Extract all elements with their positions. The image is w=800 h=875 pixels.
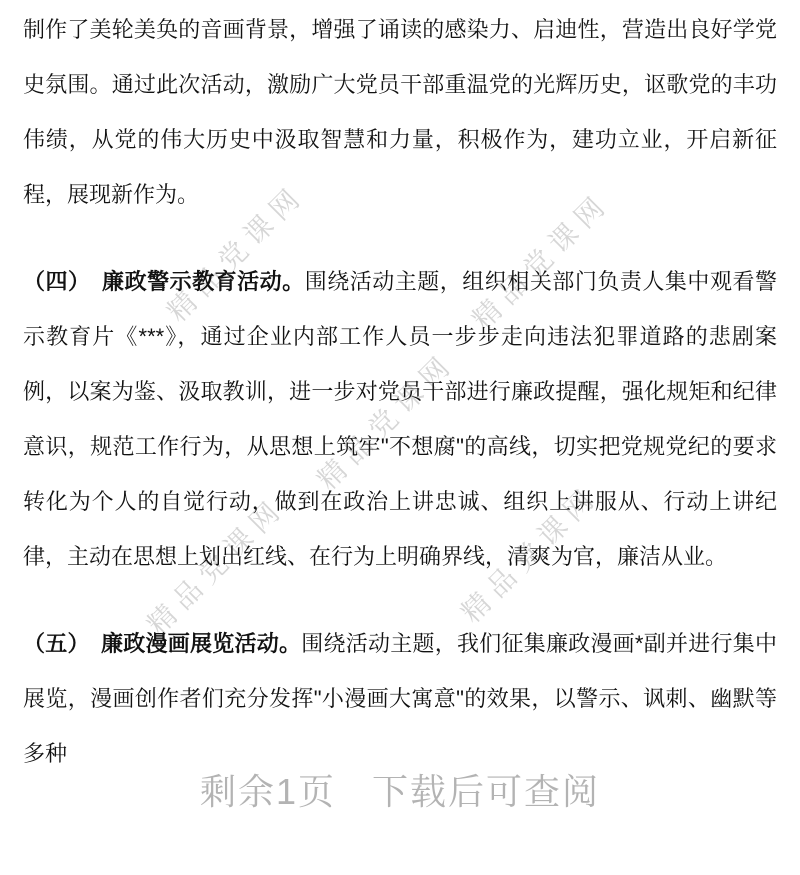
- paragraph: 制作了美轮美奂的音画背景，增强了诵读的感染力、启迪性，营造出良好学党史氛围。通过…: [23, 2, 777, 222]
- document-body: 制作了美轮美奂的音画背景，增强了诵读的感染力、启迪性，营造出良好学党史氛围。通过…: [23, 2, 777, 813]
- download-notice-label: 下载后可查阅: [372, 771, 600, 813]
- remaining-pages-label: 剩余1页: [200, 771, 336, 813]
- paragraph-heading: （五） 廉政漫画展览活动。: [23, 631, 301, 656]
- page-footer: 剩余1页 下载后可查阅: [0, 771, 800, 813]
- paragraph-text: 制作了美轮美奂的音画背景，增强了诵读的感染力、启迪性，营造出良好学党史氛围。通过…: [23, 17, 777, 207]
- paragraph-heading: （四） 廉政警示教育活动。: [23, 269, 305, 294]
- document-page: 精品党课网精品党课网精品党课网精品党课网精品党课网 制作了美轮美奂的音画背景，增…: [0, 0, 800, 875]
- paragraph: （五） 廉政漫画展览活动。围绕活动主题，我们征集廉政漫画*副并进行集中展览，漫画…: [23, 616, 777, 781]
- paragraph-text: 围绕活动主题，组织相关部门负责人集中观看警示教育片《***》，通过企业内部工作人…: [23, 269, 777, 569]
- paragraph: （四） 廉政警示教育活动。围绕活动主题，组织相关部门负责人集中观看警示教育片《*…: [23, 254, 777, 584]
